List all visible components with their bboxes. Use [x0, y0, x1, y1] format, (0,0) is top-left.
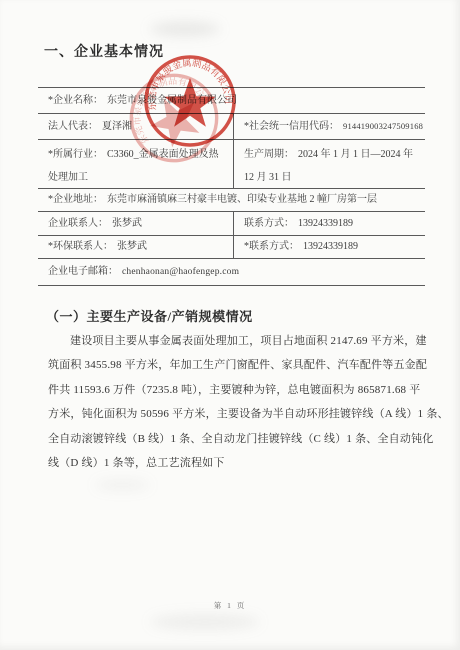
field-value: 13924339189 [303, 241, 358, 252]
paragraph-line: 方米，钝化面积为 50596 平方米，主要设备为半自动环形挂镀锌线（A 线）1 … [48, 402, 432, 426]
field-label: *社会统一信用代码： [244, 121, 339, 132]
table-cell: 生产周期：2024 年 1 月 1 日—2024 年 12 月 31 日 [234, 140, 425, 188]
paragraph-line: 筑面积 3455.98 平方米，年加工生产门窗配件、家具配件、汽车配件等五金配 [48, 353, 432, 377]
table-cell: *社会统一信用代码：914419003247509168 [234, 114, 425, 139]
field-value: 张梦武 [117, 241, 147, 252]
paragraph-line: 件共 11593.6 万件（7235.8 吨），主要镀种为锌，总电镀面积为 86… [48, 378, 432, 402]
field-value: 东莞市泉骏金属制品有限公司 [107, 95, 237, 106]
table-cell: *企业地址：东莞市麻涌镇麻三村豪丰电镀、印染专业基地 2 幢厂房第一层 [38, 189, 425, 211]
table-cell: 企业电子邮箱：chenhaonan@haofengep.com [38, 259, 425, 285]
table-cell: 企业联系人：张梦武 [38, 212, 234, 235]
field-label: *联系方式： [244, 241, 299, 252]
table-row-legal-rep: 法人代表：夏泽湘 *社会统一信用代码：914419003247509168 [38, 113, 425, 139]
table-row-company-name: *企业名称：东莞市泉骏金属制品有限公司 [38, 87, 425, 113]
page-number: 第 1 页 [0, 600, 460, 611]
page-title: 一、企业基本情况 [44, 41, 164, 61]
scan-smudge [150, 614, 260, 630]
field-label: 企业联系人： [48, 218, 108, 229]
table-cell: 联系方式：13924339189 [234, 212, 425, 235]
table-cell: *环保联系人：张梦武 [38, 236, 234, 258]
field-label: *所属行业： [48, 149, 103, 160]
paragraph-line: 线（D 线）1 条等，总工艺流程如下 [48, 451, 432, 475]
body-paragraph: 建设项目主要从事金属表面处理加工，项目占地面积 2147.69 平方米，建 筑面… [48, 329, 432, 475]
table-cell: *企业名称：东莞市泉骏金属制品有限公司 [38, 88, 425, 113]
field-label: *企业名称： [48, 95, 103, 106]
paragraph-line: 全自动滚镀锌线（B 线）1 条、全自动龙门挂镀锌线（C 线）1 条、全自动钝化 [48, 427, 432, 451]
field-value: 914419003247509168 [343, 121, 423, 131]
document-page: 一、企业基本情况 *企业名称：东莞市泉骏金属制品有限公司 法人代表：夏泽湘 *社… [0, 0, 460, 650]
table-cell: 法人代表：夏泽湘 [38, 114, 234, 139]
table-row-email: 企业电子邮箱：chenhaonan@haofengep.com [38, 258, 425, 285]
section-heading: （一）主要生产设备/产销规模情况 [46, 306, 253, 325]
field-value: 夏泽湘 [102, 121, 132, 132]
scan-smudge [150, 22, 220, 36]
field-value: 张梦武 [112, 218, 142, 229]
field-value: 东莞市麻涌镇麻三村豪丰电镀、印染专业基地 2 幢厂房第一层 [107, 194, 377, 205]
table-row-env-contact: *环保联系人：张梦武 *联系方式：13924339189 [38, 235, 425, 258]
field-label: 生产周期： [244, 149, 294, 160]
scan-smudge [95, 480, 150, 490]
paragraph-line: 建设项目主要从事金属表面处理加工，项目占地面积 2147.69 平方米，建 [48, 329, 432, 353]
enterprise-info-table: *企业名称：东莞市泉骏金属制品有限公司 法人代表：夏泽湘 *社会统一信用代码：9… [38, 87, 425, 286]
field-label: 企业电子邮箱： [48, 266, 118, 277]
field-label: *企业地址： [48, 194, 103, 205]
table-cell: *联系方式：13924339189 [234, 236, 425, 258]
field-label: *环保联系人： [48, 241, 113, 252]
table-row-industry: *所属行业：C3360_金属表面处理及热处理加工 生产周期：2024 年 1 月… [38, 139, 425, 188]
field-value: chenhaonan@haofengep.com [122, 267, 239, 277]
table-cell: *所属行业：C3360_金属表面处理及热处理加工 [38, 140, 234, 188]
field-label: 法人代表： [48, 121, 98, 132]
table-row-address: *企业地址：东莞市麻涌镇麻三村豪丰电镀、印染专业基地 2 幢厂房第一层 [38, 188, 425, 211]
field-label: 联系方式： [244, 218, 294, 229]
field-value: 13924339189 [298, 218, 353, 229]
table-row-contact: 企业联系人：张梦武 联系方式：13924339189 [38, 211, 425, 235]
